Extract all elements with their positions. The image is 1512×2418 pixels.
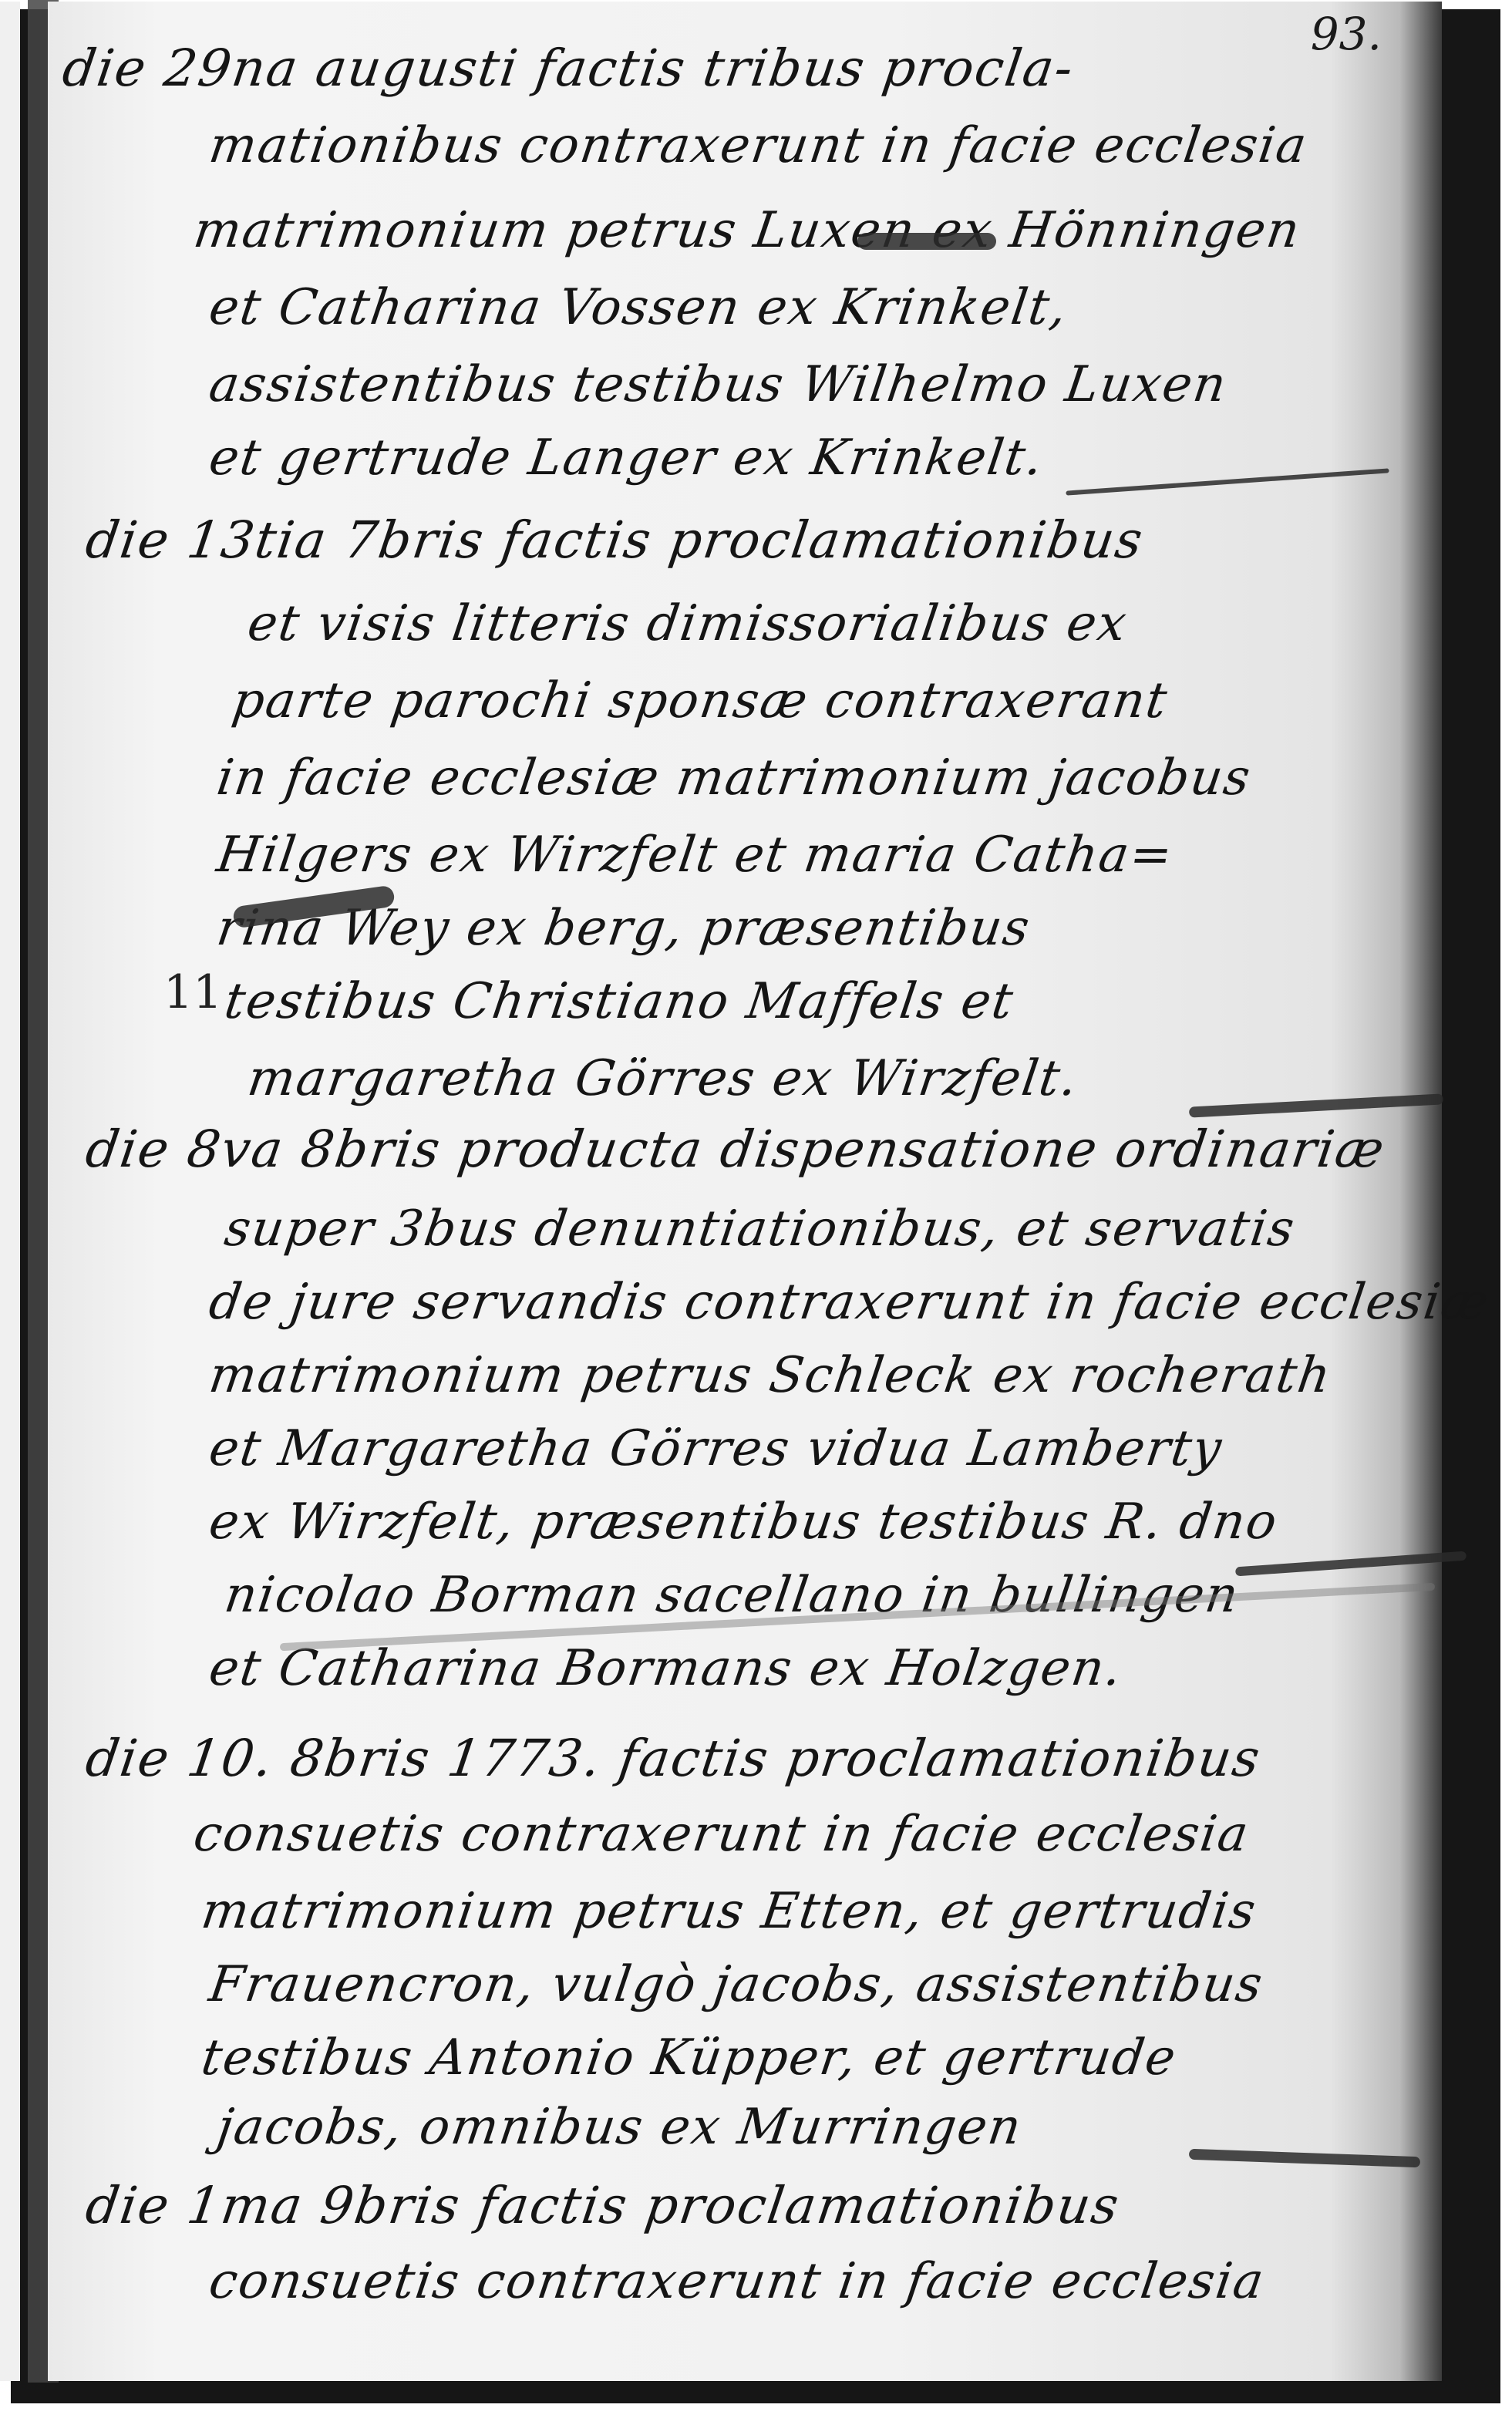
entry-5-line-1: die 1ma 9bris factis proclamationibus — [83, 2176, 1124, 2235]
entry-3-line-3: de jure servandis contraxerunt in facie … — [206, 1274, 1493, 1331]
entry-4-line-2: consuetis contraxerunt in facie ecclesia — [190, 1806, 1253, 1863]
entry-1-line-1: die 29na augusti factis tribus procla- — [59, 39, 1078, 98]
entry-2-line-8: margaretha Görres ex Wirzfelt. — [244, 1050, 1083, 1107]
entry-4-line-4: Frauencron, vulgò jacobs, assistentibus — [206, 1956, 1267, 2013]
entry-separator — [1066, 468, 1389, 495]
entry-3-line-1: die 8va 8bris producta dispensatione ord… — [83, 1120, 1389, 1179]
facing-page-edge — [0, 2, 20, 2381]
entry-2-line-5: Hilgers ex Wirzfelt et maria Catha= — [214, 827, 1177, 884]
entry-2-line-4: in facie ecclesiæ matrimonium jacobus — [214, 749, 1255, 807]
entry-4-line-1: die 10. 8bris 1773. factis proclamationi… — [83, 1729, 1265, 1788]
register-page: 93. die 29na augusti factis tribus procl… — [48, 2, 1442, 2381]
entry-3-line-5: et Margaretha Görres vidua Lamberty — [206, 1420, 1227, 1477]
ink-blot — [857, 233, 996, 250]
register-text: die 29na augusti factis tribus procla- m… — [48, 2, 1442, 2381]
entry-3-line-6: ex Wirzfelt, præsentibus testibus R. dno — [206, 1494, 1281, 1551]
entry-2-line-2: et visis litteris dimissorialibus ex — [244, 595, 1131, 652]
entry-1-line-4: et Catharina Vossen ex Krinkelt, — [206, 279, 1072, 336]
entry-separator — [1235, 1551, 1467, 1577]
entry-5-line-2: consuetis contraxerunt in facie ecclesia — [206, 2253, 1268, 2310]
entry-1-line-5: assistentibus testibus Wilhelmo Luxen — [206, 356, 1231, 413]
entry-separator — [1189, 2149, 1420, 2167]
entry-3-line-2: super 3bus denuntiationibus, et servatis — [221, 1201, 1299, 1258]
margin-mark: 11 — [163, 965, 222, 1019]
entry-separator — [1189, 1093, 1443, 1117]
entry-2-line-3: parte parochi sponsæ contraxerant — [229, 672, 1172, 729]
entry-4-line-6: jacobs, omnibus ex Murringen — [214, 2099, 1026, 2156]
entry-4-line-3: matrimonium petrus Etten, et gertrudis — [198, 1883, 1261, 1940]
entry-2-line-7: testibus Christiano Maffels et — [221, 973, 1018, 1030]
entry-1-line-3: matrimonium petrus Luxen ex Hönningen — [190, 202, 1305, 259]
entry-3-line-8: et Catharina Bormans ex Holzgen. — [206, 1640, 1126, 1697]
entry-1-line-2: mationibus contraxerunt in facie ecclesi… — [206, 117, 1312, 174]
entry-4-line-5: testibus Antonio Küpper, et gertrude — [198, 2029, 1180, 2086]
entry-3-line-4: matrimonium petrus Schleck ex rocherath — [206, 1347, 1335, 1404]
entry-1-line-6: et gertrude Langer ex Krinkelt. — [206, 429, 1048, 487]
entry-3-line-7: nicolao Borman sacellano in bullingen — [221, 1567, 1243, 1624]
entry-2-line-1: die 13tia 7bris factis proclamationibus — [83, 510, 1148, 570]
